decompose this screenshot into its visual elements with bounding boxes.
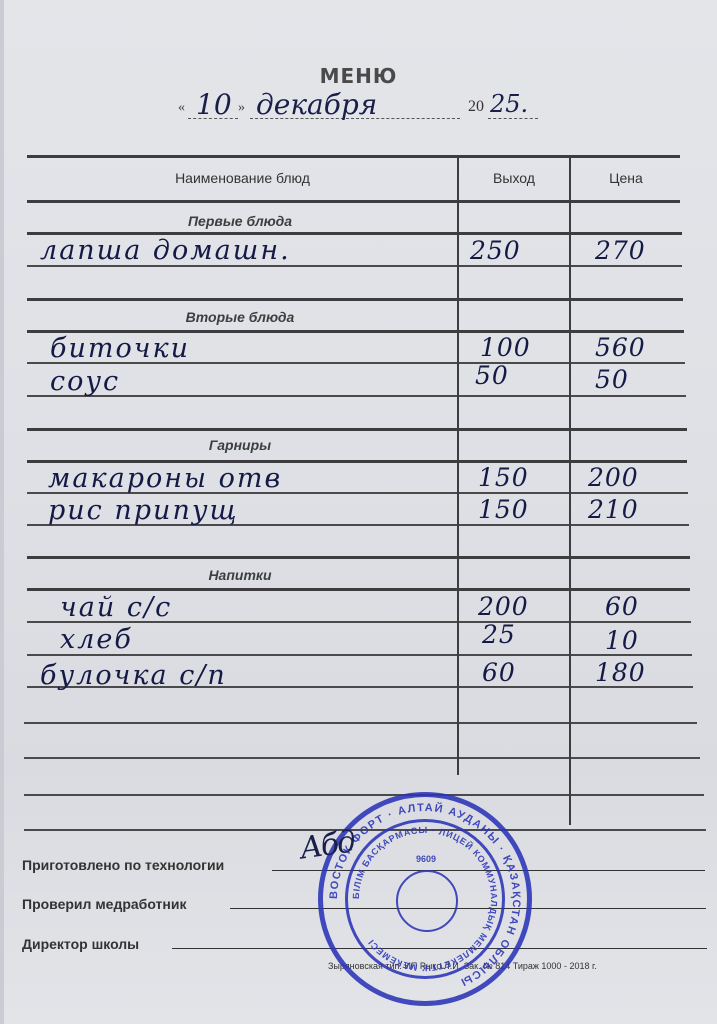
section-garnishes: Гарниры	[30, 437, 450, 453]
date-year-prefix: 20	[468, 98, 484, 116]
svg-text:БІЛІМ БАСҚАРМАСЫ · ЛИЦЕЙ КОММУ: БІЛІМ БАСҚАРМАСЫ · ЛИЦЕЙ КОММУНАЛДЫҚ МЕМ…	[351, 825, 499, 973]
menu-date: « 10 » декабря 20 25.	[178, 88, 558, 124]
dish-price: 560	[595, 333, 646, 362]
dish-name: булочка с/п	[40, 660, 227, 691]
year-underline	[488, 118, 538, 119]
section-first-courses: Первые блюда	[30, 213, 450, 229]
row-divider	[27, 395, 686, 397]
column-header-dish: Наименование блюд	[30, 170, 455, 186]
row-divider	[24, 722, 697, 724]
dish-output: 100	[480, 333, 531, 362]
dish-price: 10	[605, 626, 639, 655]
dish-output: 50	[475, 361, 509, 390]
dish-price: 180	[595, 658, 646, 687]
date-day: 10	[196, 88, 232, 121]
handwritten-signature: Абд	[298, 824, 356, 866]
dish-price: 60	[605, 592, 639, 621]
dish-price: 50	[595, 365, 629, 394]
menu-title: МЕНЮ	[0, 64, 717, 88]
dish-price: 210	[588, 495, 639, 524]
dish-price: 270	[595, 236, 646, 265]
column-divider	[457, 155, 459, 775]
dish-name: хлеб	[60, 624, 133, 655]
label-prepared-by-technology: Приготовлено по технологии	[22, 857, 224, 873]
column-header-price: Цена	[571, 170, 681, 186]
dish-output: 150	[478, 463, 529, 492]
row-divider	[24, 757, 700, 759]
row-divider	[27, 298, 683, 301]
section-drinks: Напитки	[30, 567, 450, 583]
dish-output: 200	[478, 592, 529, 621]
column-divider	[569, 155, 571, 825]
stamp-inner-text: БІЛІМ БАСҚАРМАСЫ · ЛИЦЕЙ КОММУНАЛДЫҚ МЕМ…	[351, 825, 499, 973]
row-divider	[27, 556, 690, 559]
dish-output: 25	[482, 620, 516, 649]
row-divider	[27, 588, 690, 591]
date-year-suffix: 25.	[490, 90, 528, 118]
stamp-number: 9609	[416, 854, 436, 864]
dish-name: лапша домашн.	[40, 235, 291, 266]
label-school-director: Директор школы	[22, 936, 139, 952]
dish-output: 60	[482, 658, 516, 687]
row-divider	[27, 428, 687, 431]
dish-price: 200	[588, 463, 639, 492]
row-divider	[27, 200, 680, 203]
label-checked-by-medic: Проверил медработник	[22, 896, 186, 912]
dish-name: макароны отв	[48, 463, 282, 494]
dish-output: 150	[478, 495, 529, 524]
dish-name: чай с/с	[60, 592, 172, 623]
date-close-quote: »	[238, 100, 245, 116]
section-main-courses: Вторые блюда	[30, 309, 450, 325]
dish-name: соус	[50, 366, 120, 397]
dish-name: рис припущ	[48, 495, 239, 526]
table-top-border	[27, 155, 680, 158]
date-month: декабря	[256, 88, 377, 121]
column-header-output: Выход	[459, 170, 569, 186]
date-open-quote: «	[178, 100, 185, 116]
dish-name: биточки	[50, 333, 190, 364]
dish-output: 250	[470, 236, 521, 265]
